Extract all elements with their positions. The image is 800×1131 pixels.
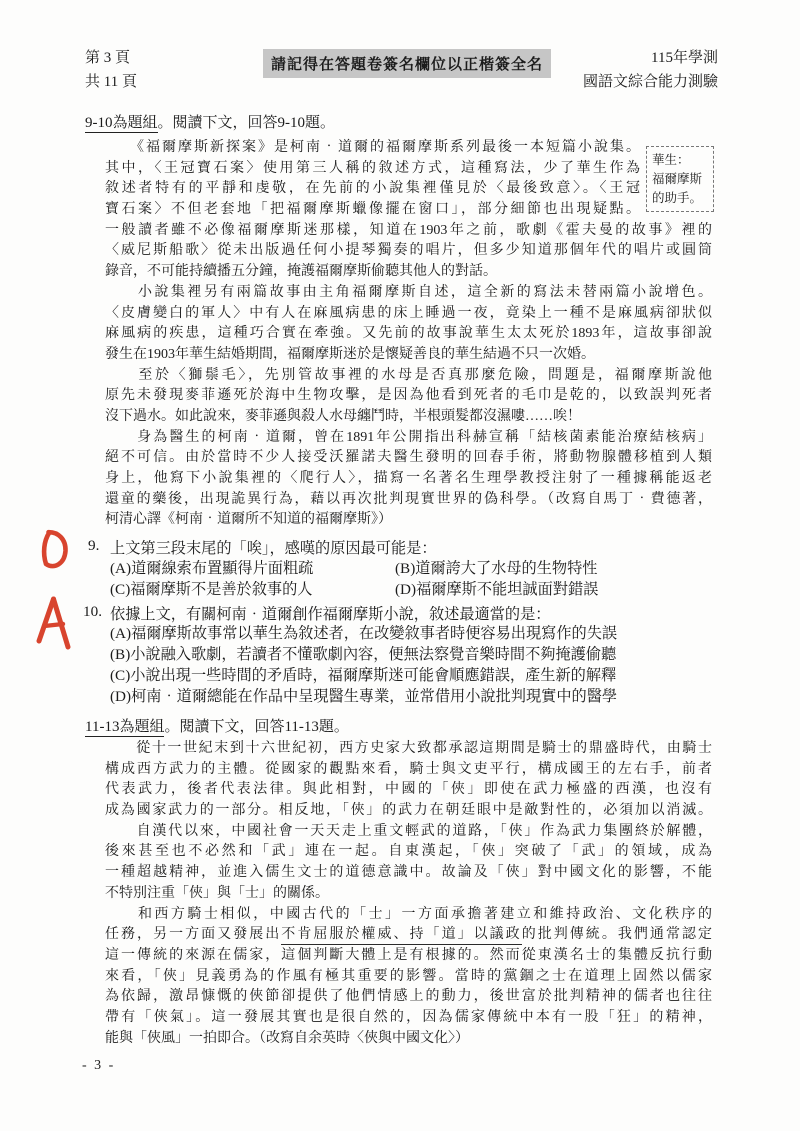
passage-line: 寶石案〉不但老套地「把福爾摩斯蠟像擺在窗口」，部分細節也出現疑點。	[105, 200, 640, 221]
passage-line: 錄音，不可能持續播五分鐘，掩護福爾摩斯偷聽其他人的對話。	[105, 262, 712, 283]
margin-note-line: 福爾摩斯	[652, 170, 708, 189]
passage-2: 從十一世紀末到十六世紀初，西方史家大致都承認這期間是騎士的鼎盛時代，由騎士構成西…	[105, 739, 712, 1049]
header-exam-info: 115年學測 國語文綜合能力測驗	[583, 46, 718, 94]
handwritten-answer-q9-D	[38, 529, 70, 571]
header-page-info: 第 3 頁 共 11 頁	[85, 46, 137, 94]
group2-heading: 11-13為題組。閱讀下文，回答11-13題。	[85, 715, 349, 736]
passage-line: 能與「俠風」一拍即合。（改寫自余英時〈俠與中國文化〉）	[105, 1029, 712, 1050]
question9-stem: 上文第三段末尾的「唉」，感嘆的原因最可能是：	[110, 537, 437, 558]
question9-option: (D)福爾摩斯不能坦誠面對錯誤	[395, 580, 598, 601]
passage-line: 絕不可信。由於當時不少人接受沃羅諾夫醫生發明的回春手術，將動物腺體移植到人類	[105, 448, 712, 469]
passage-line: 身上，他寫下小說集裡的〈爬行人〉，描寫一名著名生理學教授注射了一種據稱能返老	[105, 469, 712, 490]
passage-line: 身為醫生的柯南‧道爾，曾在1891年公開指出科赫宣稱「結核菌素能治療結核病」	[105, 428, 712, 449]
passage-line: 發生在1903年華生結婚期間，福爾摩斯迷於是懷疑善良的華生結過不只一次婚。	[105, 345, 712, 366]
question10-number: 10.	[83, 603, 102, 621]
underlined-segment: 不肯屈服於權威、持「道」以議政	[281, 927, 521, 945]
passage-line: 帶有「俠氣」。這一發展其實也是很自然的，因為儒家傳統中本有一股「狂」的精神，	[105, 1008, 712, 1029]
question9-option: (C)福爾摩斯不是善於敘事的人	[110, 580, 395, 601]
passage-line: 還童的藥後，出現詭異行為，藉以再次批判現實世界的偽科學。（改寫自馬丁‧費德著，	[105, 490, 712, 511]
question10-option: (B)小說融入歌劇，若讀者不懂歌劇內容，便無法察覺音樂時間不夠掩護偷聽	[110, 645, 617, 666]
margin-note-line: 的助手。	[652, 189, 708, 208]
passage-line: 《福爾摩斯新探案》是柯南‧道爾的福爾摩斯系列最後一本短篇小說集。	[105, 138, 640, 159]
passage-line: 其中，〈王冠寶石案〉使用第三人稱的敘述方式，這種寫法，少了華生作為	[105, 159, 640, 180]
group1-heading-underlined: 9-10為題組	[85, 115, 158, 133]
passage-line: 不特別注重「俠」與「士」的關係。	[105, 884, 712, 905]
exam-subject-label: 國語文綜合能力測驗	[583, 70, 718, 94]
question10-option: (A)福爾摩斯故事常以華生為敘述者，在改變敘事者時便容易出現寫作的失誤	[110, 624, 617, 645]
group2-heading-rest: 。閱讀下文，回答11-13題。	[164, 719, 348, 735]
group1-heading: 9-10為題組。閱讀下文，回答9-10題。	[85, 111, 335, 132]
exam-year-label: 115年學測	[583, 46, 718, 70]
passage-line: 沒下過水。如此說來，麥菲遜與殺人水母纏鬥時，半根頭髮都沒濕嘍……唉！	[105, 407, 712, 428]
passage-line: 後來甚至也不必然和「武」連在一起。自東漢起，「俠」突破了「武」的領域，成為	[105, 842, 712, 863]
question9-option: (A)道爾線索布置顯得片面粗疏	[110, 559, 395, 580]
question9-options: (A)道爾線索布置顯得片面粗疏(B)道爾誇大了水母的生物特性(C)福爾摩斯不是善…	[110, 559, 598, 600]
passage-line: 〈威尼斯船歌〉從未出版過任何小提琴獨奏的唱片，但多少知道那個年代的唱片或圓筒	[105, 241, 712, 262]
group1-heading-rest: 。閱讀下文，回答9-10題。	[158, 115, 336, 131]
signature-notice: 請記得在答題卷簽名欄位以正楷簽全名	[263, 49, 551, 78]
passage-1: 《福爾摩斯新探案》是柯南‧道爾的福爾摩斯系列最後一本短篇小說集。其中，〈王冠寶石…	[105, 138, 712, 531]
question9-number: 9.	[88, 537, 99, 555]
passage-line: 和西方騎士相似，中國古代的「士」一方面承擔著建立和維持政治、文化秩序的	[105, 905, 712, 926]
passage-line: 一般讀者雖不必像福爾摩斯迷那樣，知道在1903年之前，歌劇《霍夫曼的故事》裡的	[105, 221, 712, 242]
question10-options: (A)福爾摩斯故事常以華生為敘述者，在改變敘事者時便容易出現寫作的失誤(B)小說…	[110, 624, 617, 708]
question10-option: (D)柯南‧道爾總能在作品中呈現醫生專業，並常借用小說批判現實中的醫學	[110, 687, 617, 708]
passage-line: 成為國家武力的一部分。相反地，「俠」的武力在朝廷眼中是敵對性的，必須加以消滅。	[105, 801, 712, 822]
page-current-label: 第 3 頁	[85, 46, 137, 70]
margin-note-line: 華生：	[652, 151, 708, 170]
passage-line: 原先未發現麥菲遜死於海中生物攻擊，是因為他看到死者的毛巾是乾的，以致誤判死者	[105, 386, 712, 407]
passage-line: 為依歸，激昂慷慨的俠節卻提供了他們情感上的動力，後世富於批判精神的儒者也往往	[105, 987, 712, 1008]
passage-line: 至於〈獅鬃毛〉，先別管故事裡的水母是否真那麼危險，問題是，福爾摩斯說他	[105, 366, 712, 387]
question9-option: (B)道爾誇大了水母的生物特性	[395, 559, 598, 580]
passage-line: 〈皮膚變白的軍人〉中有人在麻風病患的床上睡過一夜，竟染上一種不是麻風病卻狀似	[105, 304, 712, 325]
passage-line: 構成西方武力的主體。從國家的觀點來看，騎士與文吏平行，構成國王的左右手，前者	[105, 760, 712, 781]
footer-page-number: - 3 -	[82, 1058, 115, 1074]
passage-line: 一種超越精神，並進入儒生文士的道德意識中。故論及「俠」對中國文化的影響，不能	[105, 863, 712, 884]
passage-line: 這一傳統的來源在儒家，這個判斷大體上是有根據的。然而從東漢名士的集體反抗行動	[105, 946, 712, 967]
passage-line: 代表武力，後者代表法律。與此相對，中國的「俠」即使在武力極盛的西漢，也沒有	[105, 780, 712, 801]
passage-line: 來看，「俠」見義勇為的作風有極其重要的影響。當時的黨錮之士在道理上固然以儒家	[105, 967, 712, 988]
margin-note-box: 華生：福爾摩斯的助手。	[646, 146, 714, 212]
passage-line: 小說集裡另有兩篇故事由主角福爾摩斯自述，這全新的寫法未替兩篇小說增色。	[105, 283, 712, 304]
group2-heading-underlined: 11-13為題組	[85, 719, 164, 737]
handwritten-answer-q10-A	[33, 594, 75, 650]
question10-option: (C)小說出現一些時間的矛盾時，福爾摩斯迷可能會順應錯誤，產生新的解釋	[110, 666, 617, 687]
passage-line: 從十一世紀末到十六世紀初，西方史家大致都承認這期間是騎士的鼎盛時代，由騎士	[105, 739, 712, 760]
page-total-label: 共 11 頁	[85, 70, 137, 94]
question10-stem: 依據上文，有關柯南‧道爾創作福爾摩斯小說，敘述最適當的是：	[110, 603, 550, 624]
exam-page: { "colors":{ "notice_bg":"#c6c6c6", "ink…	[0, 0, 800, 1131]
passage-line: 麻風病的疾患，這種巧合實在牽強。又先前的故事說華生太太死於1893年，這故事卻說	[105, 324, 712, 345]
passage-line: 敘述者特有的平靜和虔敬，在先前的小說集裡僅見於〈最後致意〉。〈王冠	[105, 179, 640, 200]
passage-line: 柯清心譯《柯南‧道爾所不知道的福爾摩斯》）	[105, 510, 712, 531]
passage-line: 自漢代以來，中國社會一天天走上重文輕武的道路，「俠」作為武力集團終於解體，	[105, 822, 712, 843]
passage-line: 任務，另一方面又發展出不肯屈服於權威、持「道」以議政的批判傳統。我們通常認定	[105, 925, 712, 946]
